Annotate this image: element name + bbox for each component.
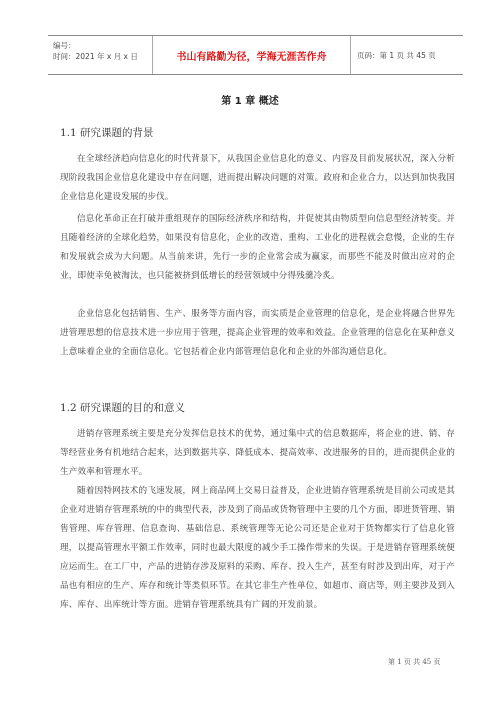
- footer-page-number: 第 1 页 共 45 页: [388, 657, 441, 667]
- section-heading-1-1: 1.1 研究课题的背景: [60, 125, 154, 140]
- header-page-info: 页码：第 1 页 共 45 页: [351, 36, 463, 74]
- document-number-label: 编号：: [53, 40, 152, 51]
- document-date-label: 时间：2021 年 x 月 x 日: [53, 51, 152, 62]
- paragraph: 信息化革命正在打破并重组现存的国际经济秩序和结构，并促使其由物质型向信息型经济转…: [60, 210, 455, 286]
- section-heading-1-2: 1.2 研究课题的目的和意义: [60, 400, 185, 415]
- paragraph: 在全球经济趋向信息化的时代背景下，从我国企业信息化的意义、内容及目前发展状况，深…: [60, 150, 455, 207]
- paragraph: 进销存管理系统主要是充分发挥信息技术的优势，通过集中式的信息数据库，将企业的进、…: [60, 425, 455, 482]
- header-meta-cell: 编号： 时间：2021 年 x 月 x 日: [48, 36, 153, 74]
- paragraph: 随着因特网技术的飞速发展，网上商品网上交易日益普及，企业进销存管理系统是目前公司…: [60, 482, 455, 615]
- header-motto: 书山有路勤为径，学海无涯苦作舟: [153, 36, 351, 74]
- page-header-table: 编号： 时间：2021 年 x 月 x 日 书山有路勤为径，学海无涯苦作舟 页码…: [48, 35, 463, 75]
- paragraph: 企业信息化包括销售、生产、服务等方面内容，而实质是企业管理的信息化，是企业将融合…: [60, 305, 455, 362]
- chapter-title: 第 1 章 概述: [0, 92, 500, 107]
